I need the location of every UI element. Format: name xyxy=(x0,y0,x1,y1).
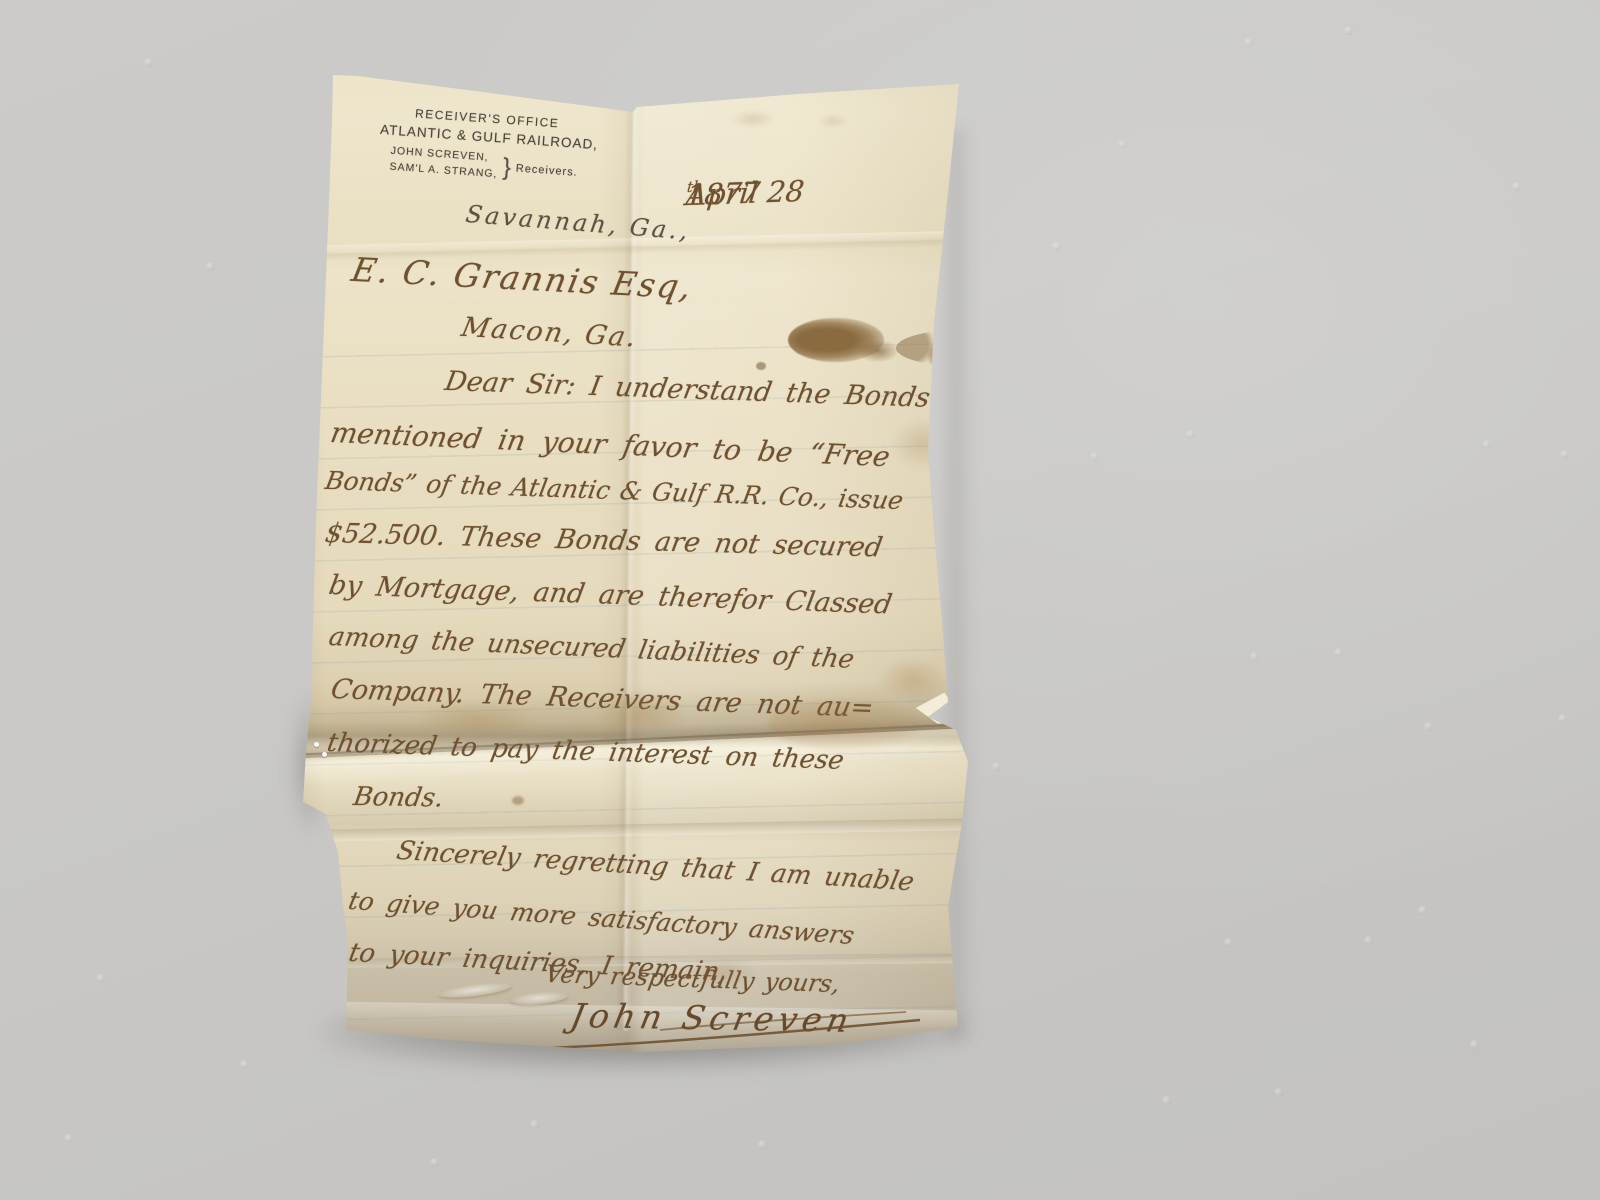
wall-dimple xyxy=(1274,1088,1283,1097)
wall-dimple xyxy=(96,974,105,983)
wall-dimple xyxy=(1118,140,1127,149)
wall-dimple xyxy=(1090,452,1099,461)
wall-dimple xyxy=(1244,38,1253,47)
wall-dimple xyxy=(1364,936,1373,945)
stain-smudge xyxy=(730,110,776,128)
wall-dimple xyxy=(992,762,1001,771)
wall-dimple xyxy=(1344,26,1353,35)
wall-dimple xyxy=(1186,430,1195,439)
wall-dimple xyxy=(1470,1040,1479,1049)
photo-of-letter: RECEIVER'S OFFICE ATLANTIC & GULF RAILRO… xyxy=(0,0,1600,1200)
letterhead: RECEIVER'S OFFICE ATLANTIC & GULF RAILRO… xyxy=(377,104,593,189)
wall-dimple xyxy=(206,262,215,271)
wall-dimple xyxy=(1250,652,1259,661)
date-year: 1877 xyxy=(684,175,761,212)
wall-dimple xyxy=(64,1134,73,1143)
edge-nick xyxy=(314,742,319,747)
wall-dimple xyxy=(1224,938,1233,947)
wall-dimple xyxy=(530,1120,539,1129)
letterhead-receiver-names: JOHN SCREVEN, SAM'L A. STRANG, xyxy=(389,144,499,183)
wall-dimple xyxy=(1418,906,1427,915)
paper-right-shadow xyxy=(948,130,978,1040)
recipient-name: E. C. Grannis Esq, xyxy=(348,250,696,307)
letterhead-receivers-label: Receivers. xyxy=(515,162,578,178)
stain-smudge xyxy=(993,317,1083,359)
letterhead-receivers: JOHN SCREVEN, SAM'L A. STRANG, } Receive… xyxy=(377,143,591,189)
wall-dimple xyxy=(1052,242,1061,251)
wall-dimple xyxy=(1334,648,1343,657)
wall-dimple xyxy=(1512,182,1521,191)
wall-dimple xyxy=(430,1158,439,1167)
wall-dimple xyxy=(144,58,153,67)
wall-dimple xyxy=(240,1060,249,1069)
letterhead-brace: } xyxy=(502,153,512,181)
stain-smudge xyxy=(818,114,848,128)
letter-paper: RECEIVER'S OFFICE ATLANTIC & GULF RAILRO… xyxy=(298,62,978,1062)
wall-dimple xyxy=(758,1140,767,1149)
signature-flourish xyxy=(540,992,940,1062)
letter-line: Bonds. xyxy=(351,782,445,813)
wall-dimple xyxy=(1424,722,1433,731)
wall-dimple xyxy=(1482,440,1491,449)
wall-dimple xyxy=(1162,1096,1171,1105)
wall-dimple xyxy=(1560,450,1569,459)
wall-dimple xyxy=(1558,714,1567,723)
